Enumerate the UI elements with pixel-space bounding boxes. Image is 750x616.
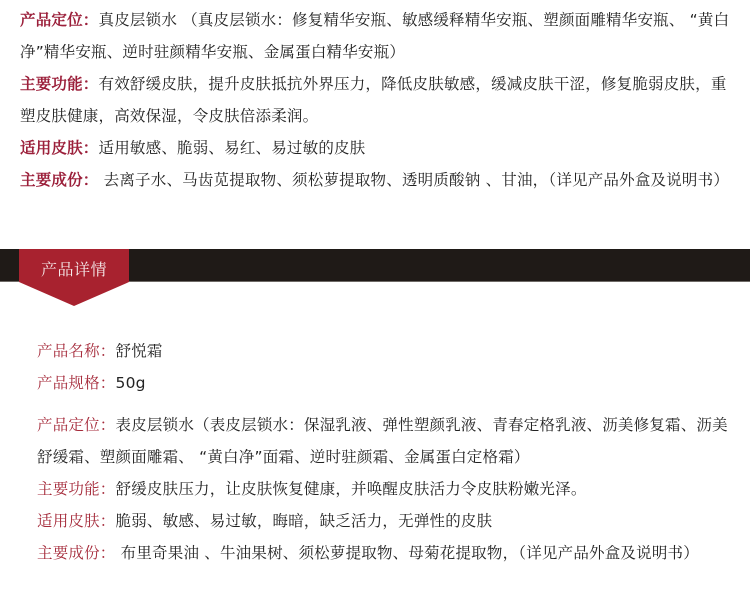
detail-positioning-text: 表皮层锁水（表皮层锁水：保湿乳液、弹性塑颜乳液、青春定格乳液、沥美修复霜、沥美舒… — [37, 416, 728, 466]
main-function-paragraph: 主要功能：有效舒缓皮肤，提升皮肤抵抗外界压力，降低皮肤敏感，缓减皮肤干涩，修复脆… — [20, 68, 740, 132]
product-spec-value: 50g — [116, 374, 146, 392]
detail-positioning-label: 产品定位： — [37, 416, 116, 434]
product-name-row: 产品名称：舒悦霜 — [37, 335, 742, 367]
product-name-label: 产品名称： — [37, 342, 116, 360]
main-ingredients-label: 主要成份： — [20, 171, 99, 189]
spacer — [37, 399, 742, 409]
suitable-skin-text: 适用敏感、脆弱、易红、易过敏的皮肤 — [99, 139, 366, 157]
detail-suitable-skin-paragraph: 适用皮肤：脆弱、敏感、易过敏，晦暗，缺乏活力，无弹性的皮肤 — [37, 505, 742, 537]
detail-function-paragraph: 主要功能：舒缓皮肤压力，让皮肤恢复健康，并唤醒皮肤活力令皮肤粉嫩光泽。 — [37, 473, 742, 505]
detail-function-label: 主要功能： — [37, 480, 116, 498]
main-ingredients-text: 去离子水、马齿苋提取物、须松萝提取物、透明质酸钠 、甘油，（详见产品外盒及说明书… — [99, 171, 730, 189]
product-positioning-paragraph: 产品定位：真皮层锁水 （真皮层锁水：修复精华安瓶、敏感缓释精华安瓶、塑颜面雕精华… — [20, 4, 740, 68]
suitable-skin-label: 适用皮肤： — [20, 139, 99, 157]
product-positioning-label: 产品定位： — [20, 11, 99, 29]
main-function-label: 主要功能： — [20, 75, 99, 93]
product-details-section: 产品名称：舒悦霜 产品规格：50g 产品定位：表皮层锁水（表皮层锁水：保湿乳液、… — [37, 335, 742, 569]
detail-function-text: 舒缓皮肤压力，让皮肤恢复健康，并唤醒皮肤活力令皮肤粉嫩光泽。 — [116, 480, 587, 498]
detail-ingredients-text: 布里奇果油 、牛油果树、须松萝提取物、母菊花提取物，（详见产品外盒及说明书） — [116, 544, 699, 562]
section-banner-title: 产品详情 — [19, 257, 129, 280]
product-positioning-text: 真皮层锁水 （真皮层锁水：修复精华安瓶、敏感缓释精华安瓶、塑颜面雕精华安瓶、 “… — [20, 11, 729, 61]
product-spec-row: 产品规格：50g — [37, 367, 742, 399]
product-description-section: 产品定位：真皮层锁水 （真皮层锁水：修复精华安瓶、敏感缓释精华安瓶、塑颜面雕精华… — [20, 4, 740, 196]
detail-ingredients-paragraph: 主要成份： 布里奇果油 、牛油果树、须松萝提取物、母菊花提取物，（详见产品外盒及… — [37, 537, 742, 569]
product-name-value: 舒悦霜 — [116, 342, 163, 360]
detail-suitable-skin-text: 脆弱、敏感、易过敏，晦暗，缺乏活力，无弹性的皮肤 — [116, 512, 493, 530]
main-function-text: 有效舒缓皮肤，提升皮肤抵抗外界压力，降低皮肤敏感，缓减皮肤干涩，修复脆弱皮肤，重… — [20, 75, 727, 125]
product-spec-label: 产品规格： — [37, 374, 116, 392]
main-ingredients-paragraph: 主要成份： 去离子水、马齿苋提取物、须松萝提取物、透明质酸钠 、甘油，（详见产品… — [20, 164, 740, 196]
detail-positioning-paragraph: 产品定位：表皮层锁水（表皮层锁水：保湿乳液、弹性塑颜乳液、青春定格乳液、沥美修复… — [37, 409, 742, 473]
detail-suitable-skin-label: 适用皮肤： — [37, 512, 116, 530]
detail-ingredients-label: 主要成份： — [37, 544, 116, 562]
suitable-skin-paragraph: 适用皮肤：适用敏感、脆弱、易红、易过敏的皮肤 — [20, 132, 740, 164]
